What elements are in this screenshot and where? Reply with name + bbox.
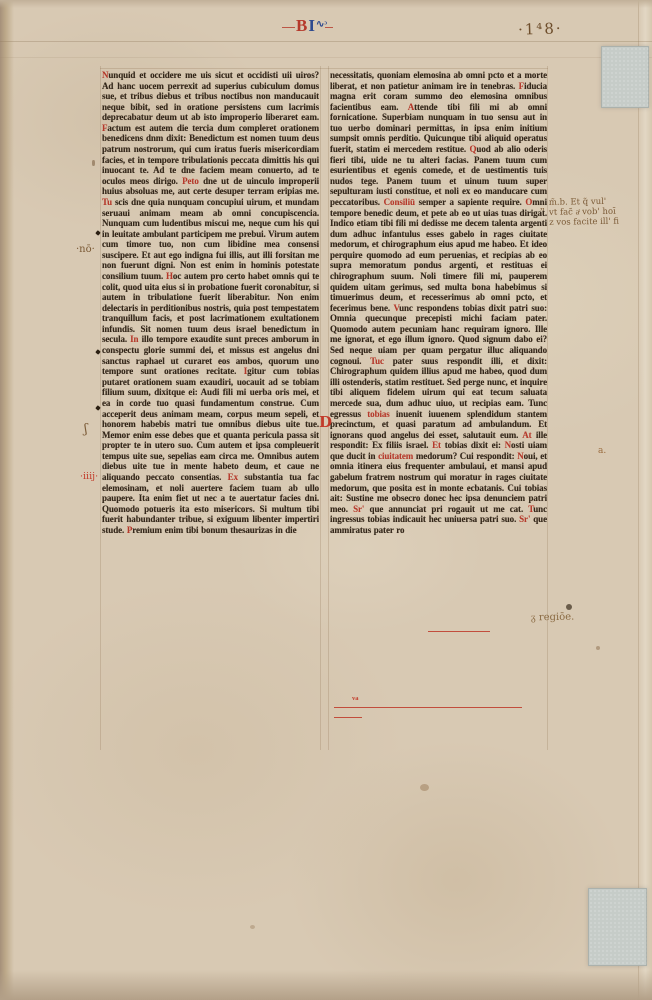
page-edge-bottom <box>0 970 652 1000</box>
ruling-line <box>328 66 329 750</box>
margin-gloss: m̃.b. Et q̃ vul'vt fac̃ aͭ vob' hoīz vos… <box>549 196 650 228</box>
page-edge-left <box>0 0 14 1000</box>
margin-nota: ·nō· <box>76 244 95 255</box>
red-strike-line <box>334 717 362 718</box>
running-title-flourish: ∿ᵓ <box>316 19 327 30</box>
running-title-right: I <box>308 16 316 35</box>
margin-letter-a: a. <box>598 446 606 456</box>
folio-number: ·1⁴8· <box>518 19 563 39</box>
ruling-line <box>547 66 548 750</box>
page-edge-top <box>0 0 652 8</box>
text-column-right: necessitatis, quoniam elemosina ab omni … <box>330 70 547 749</box>
conservation-tape-bottom <box>588 888 647 966</box>
crease-line-2 <box>0 57 652 58</box>
running-title: BI∿ᵓ <box>296 16 327 36</box>
stain <box>566 604 572 610</box>
ruling-line <box>100 68 548 69</box>
manuscript-page-photo: BI∿ᵓ ·1⁴8· Nunquid et occidere me uis si… <box>0 0 652 1000</box>
red-strike-line <box>334 707 522 708</box>
stain <box>596 646 600 650</box>
lombard-initial: D <box>319 415 332 430</box>
gloss-quote-mark: „ <box>540 201 544 212</box>
running-title-left: B <box>296 16 308 35</box>
crease-line <box>0 41 652 42</box>
stain <box>92 160 95 166</box>
stain <box>250 925 255 929</box>
red-underline <box>428 631 490 632</box>
conservation-tape-top <box>601 46 649 108</box>
ruling-line <box>320 66 321 750</box>
margin-chapter-numeral: ·iiij· <box>80 471 98 482</box>
stain <box>420 784 429 791</box>
page-edge-right <box>638 0 652 1000</box>
correction-superscript: va <box>352 695 359 702</box>
margin-flourish: ʃ <box>84 422 88 437</box>
text-column-left: Nunquid et occidere me uis sicut et occi… <box>102 70 319 749</box>
margin-note-regione: ᵹ regiōe. <box>531 612 574 624</box>
